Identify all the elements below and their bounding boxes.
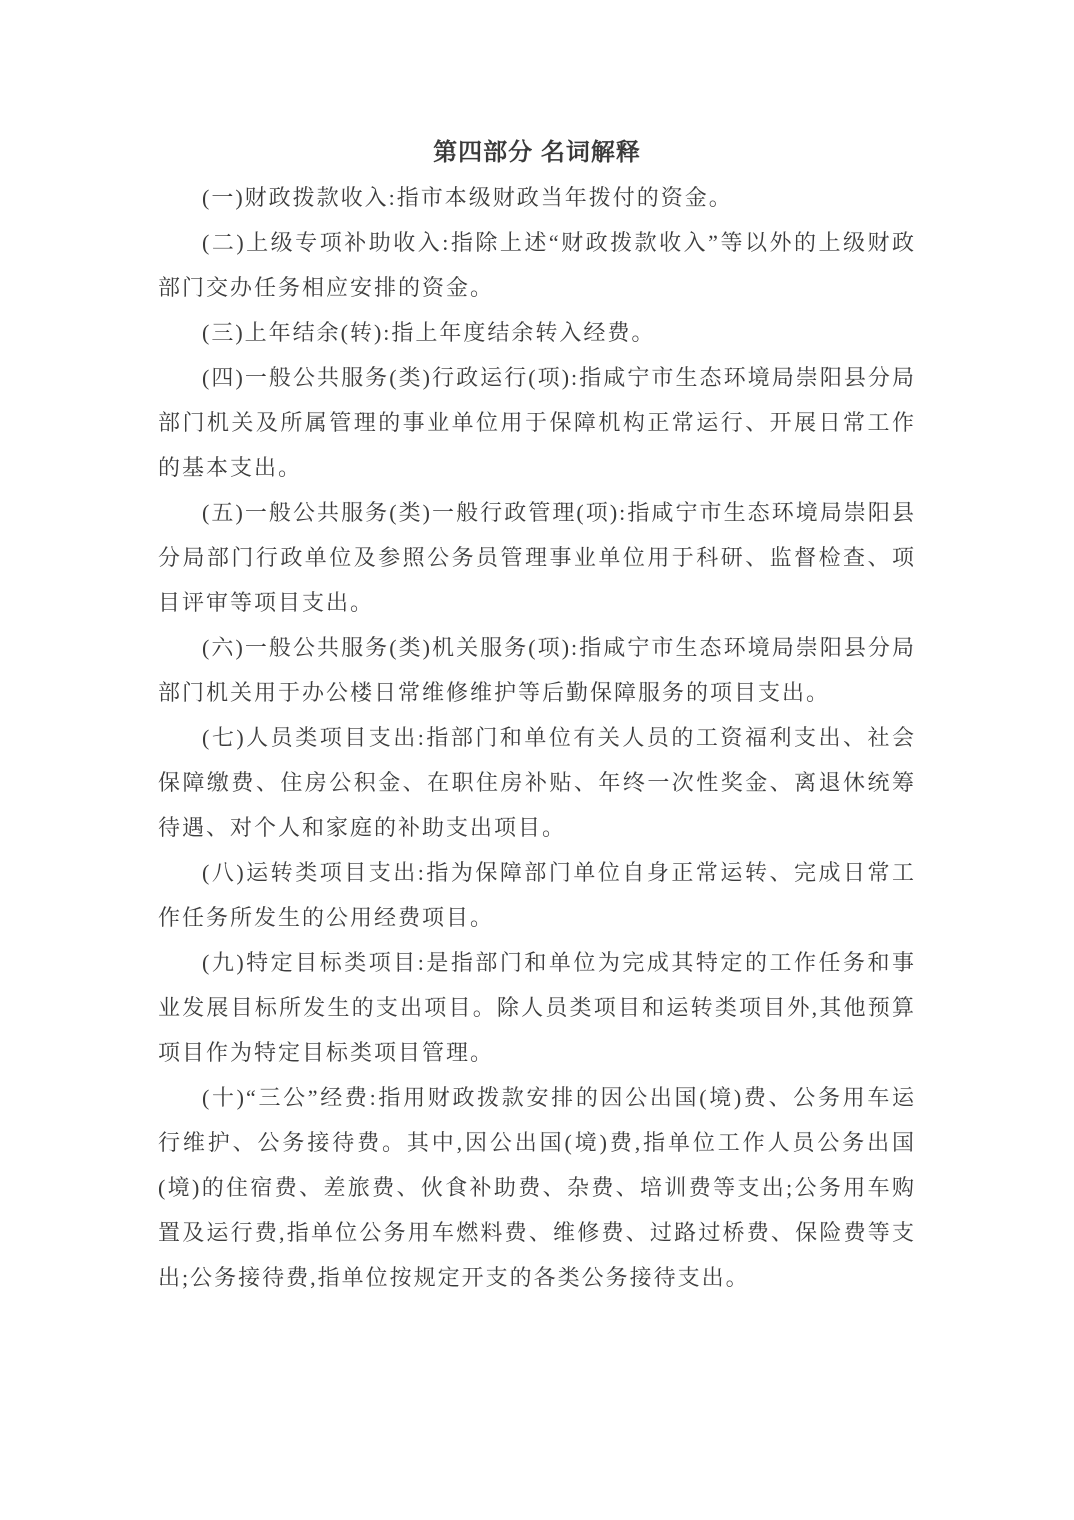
document-page: 第四部分 名词解释 (一)财政拨款收入:指市本级财政当年拨付的资金。 (二)上级… — [0, 0, 1074, 1520]
term-paragraph-04: (四)一般公共服务(类)行政运行(项):指咸宁市生态环境局崇阳县分局部门机关及所… — [158, 355, 916, 490]
term-paragraph-06: (六)一般公共服务(类)机关服务(项):指咸宁市生态环境局崇阳县分局部门机关用于… — [158, 625, 916, 715]
document-title: 第四部分 名词解释 — [158, 130, 916, 175]
term-paragraph-03: (三)上年结余(转):指上年度结余转入经费。 — [158, 310, 916, 355]
term-paragraph-02: (二)上级专项补助收入:指除上述“财政拨款收入”等以外的上级财政部门交办任务相应… — [158, 220, 916, 310]
term-paragraph-01: (一)财政拨款收入:指市本级财政当年拨付的资金。 — [158, 175, 916, 220]
term-paragraph-10: (十)“三公”经费:指用财政拨款安排的因公出国(境)费、公务用车运行维护、公务接… — [158, 1075, 916, 1300]
term-paragraph-09: (九)特定目标类项目:是指部门和单位为完成其特定的工作任务和事业发展目标所发生的… — [158, 940, 916, 1075]
term-paragraph-05: (五)一般公共服务(类)一般行政管理(项):指咸宁市生态环境局崇阳县分局部门行政… — [158, 490, 916, 625]
term-paragraph-08: (八)运转类项目支出:指为保障部门单位自身正常运转、完成日常工作任务所发生的公用… — [158, 850, 916, 940]
term-paragraph-07: (七)人员类项目支出:指部门和单位有关人员的工资福利支出、社会保障缴费、住房公积… — [158, 715, 916, 850]
